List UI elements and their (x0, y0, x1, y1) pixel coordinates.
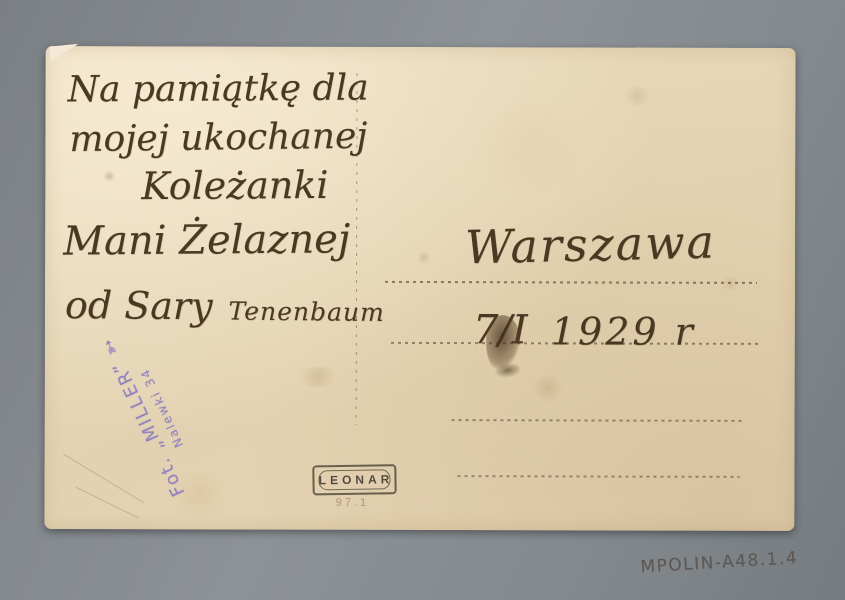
paper-brand-name: LEONAR (316, 472, 394, 487)
city-handwriting: Warszawa (465, 214, 717, 274)
paper-stain (465, 102, 595, 192)
paper-stain (531, 375, 565, 401)
corner-chip (49, 44, 80, 62)
paper-stain (295, 367, 341, 387)
message-line-4: Mani Żelaznej (63, 216, 350, 264)
stamp-arrow-icon: ➳ (94, 333, 124, 360)
paper-stain (417, 251, 431, 264)
message-line-1: Na pamiątkę dla (67, 68, 368, 111)
paper-stamp-number: 97.1 (312, 497, 392, 509)
paper-brand-stamp-frame: LEONAR (318, 469, 390, 490)
paper-crease (76, 487, 139, 519)
postcard-back: Na pamiątkę dla mojej ukochanej Koleżank… (44, 46, 795, 531)
message-line-2: mojej ukochanej (69, 116, 367, 160)
postcard-scan: Na pamiątkę dla mojej ukochanej Koleżank… (0, 0, 845, 600)
paper-brand-stamp: LEONAR (312, 464, 396, 495)
paper-stain (623, 86, 651, 106)
paper-crease (63, 454, 145, 504)
sender-signature: Tenenbaum (228, 297, 385, 327)
message-line-5: od Sary Tenenbaum (65, 283, 385, 330)
paper-stain (103, 170, 115, 182)
address-dotted-line (458, 475, 740, 478)
catalog-number: MPOLIN-A48.1.4 (640, 548, 799, 577)
address-dotted-line (385, 281, 757, 284)
address-dotted-line (452, 419, 744, 422)
date-year-handwriting: 1929 r (551, 309, 696, 353)
photographer-stamp: Fot. „MILLER” ➳ Nalewki 34 (93, 311, 232, 504)
message-line-3: Koleżanki (141, 163, 328, 208)
